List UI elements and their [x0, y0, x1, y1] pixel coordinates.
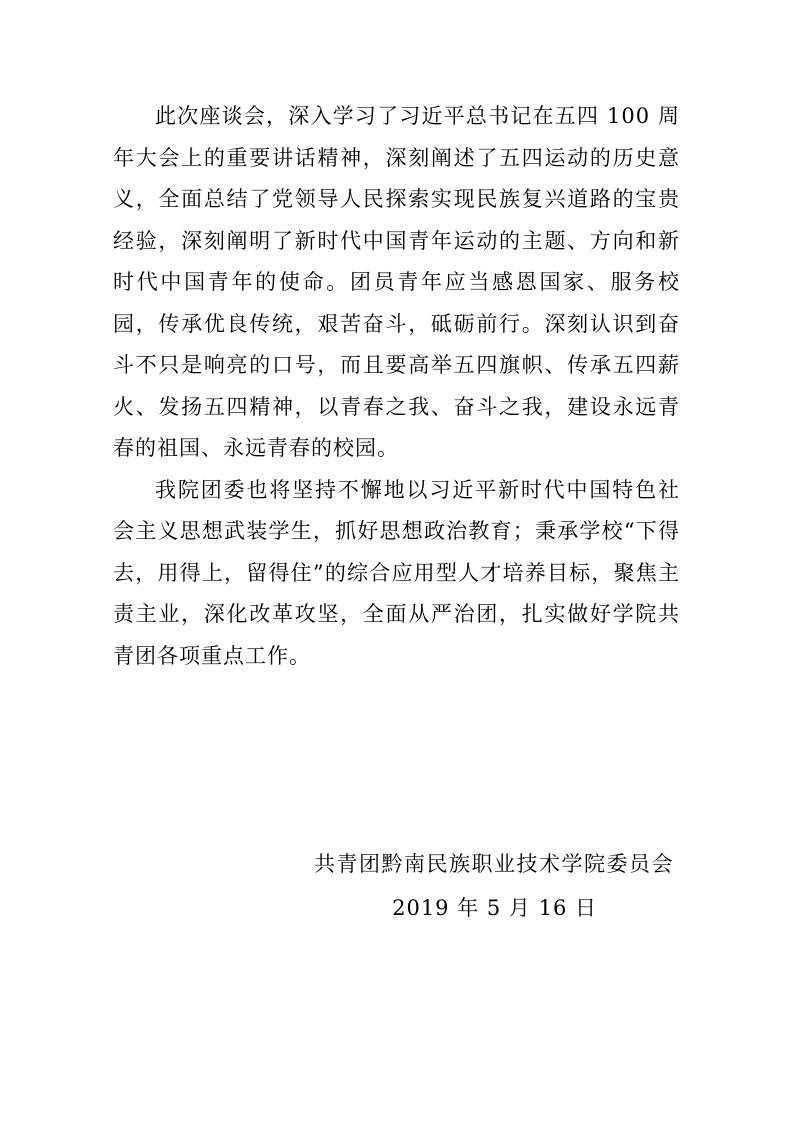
closing-block: 共青团黔南民族职业技术学院委员会 2019 年 5 月 16 日 [260, 842, 680, 930]
document-body: 此次座谈会，深入学习了习近平总书记在五四 100 周年大会上的重要讲话精神，深刻… [113, 96, 680, 677]
document-page: 此次座谈会，深入学习了习近平总书记在五四 100 周年大会上的重要讲话精神，深刻… [0, 0, 793, 1122]
paragraph-2: 我院团委也将坚持不懈地以习近平新时代中国特色社会主义思想武装学生，抓好思想政治教… [113, 470, 680, 678]
signature-line: 共青团黔南民族职业技术学院委员会 [260, 842, 680, 886]
paragraph-1: 此次座谈会，深入学习了习近平总书记在五四 100 周年大会上的重要讲话精神，深刻… [113, 96, 680, 470]
date-line: 2019 年 5 月 16 日 [260, 886, 680, 930]
